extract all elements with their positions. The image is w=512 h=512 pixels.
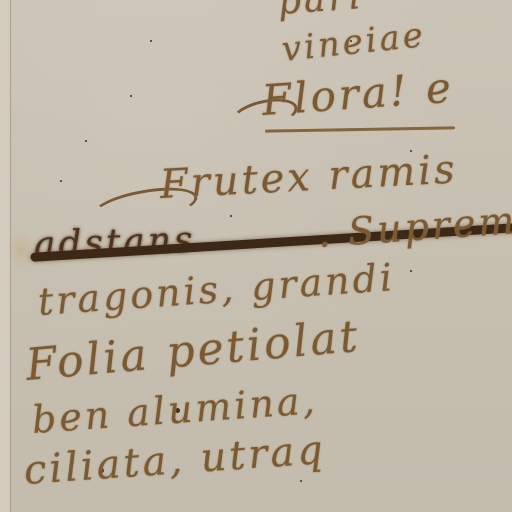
paper-speck [230, 215, 232, 217]
manuscript-line-1: pari [277, 0, 365, 23]
manuscript-page: pari vineiae Flora! e Frutex ramis adsta… [0, 0, 512, 512]
manuscript-line-3: Flora! e [260, 63, 455, 125]
paper-speck [300, 480, 302, 482]
paper-speck [410, 270, 412, 272]
paper-speck [150, 40, 152, 42]
manuscript-line-4: Frutex ramis [159, 146, 459, 208]
paper-speck [130, 95, 132, 97]
paper-speck [85, 140, 87, 142]
paper-speck [60, 180, 62, 182]
underline-stroke [265, 126, 455, 132]
paper-stain [6, 230, 36, 270]
manuscript-line-2: vineiae [280, 15, 428, 70]
